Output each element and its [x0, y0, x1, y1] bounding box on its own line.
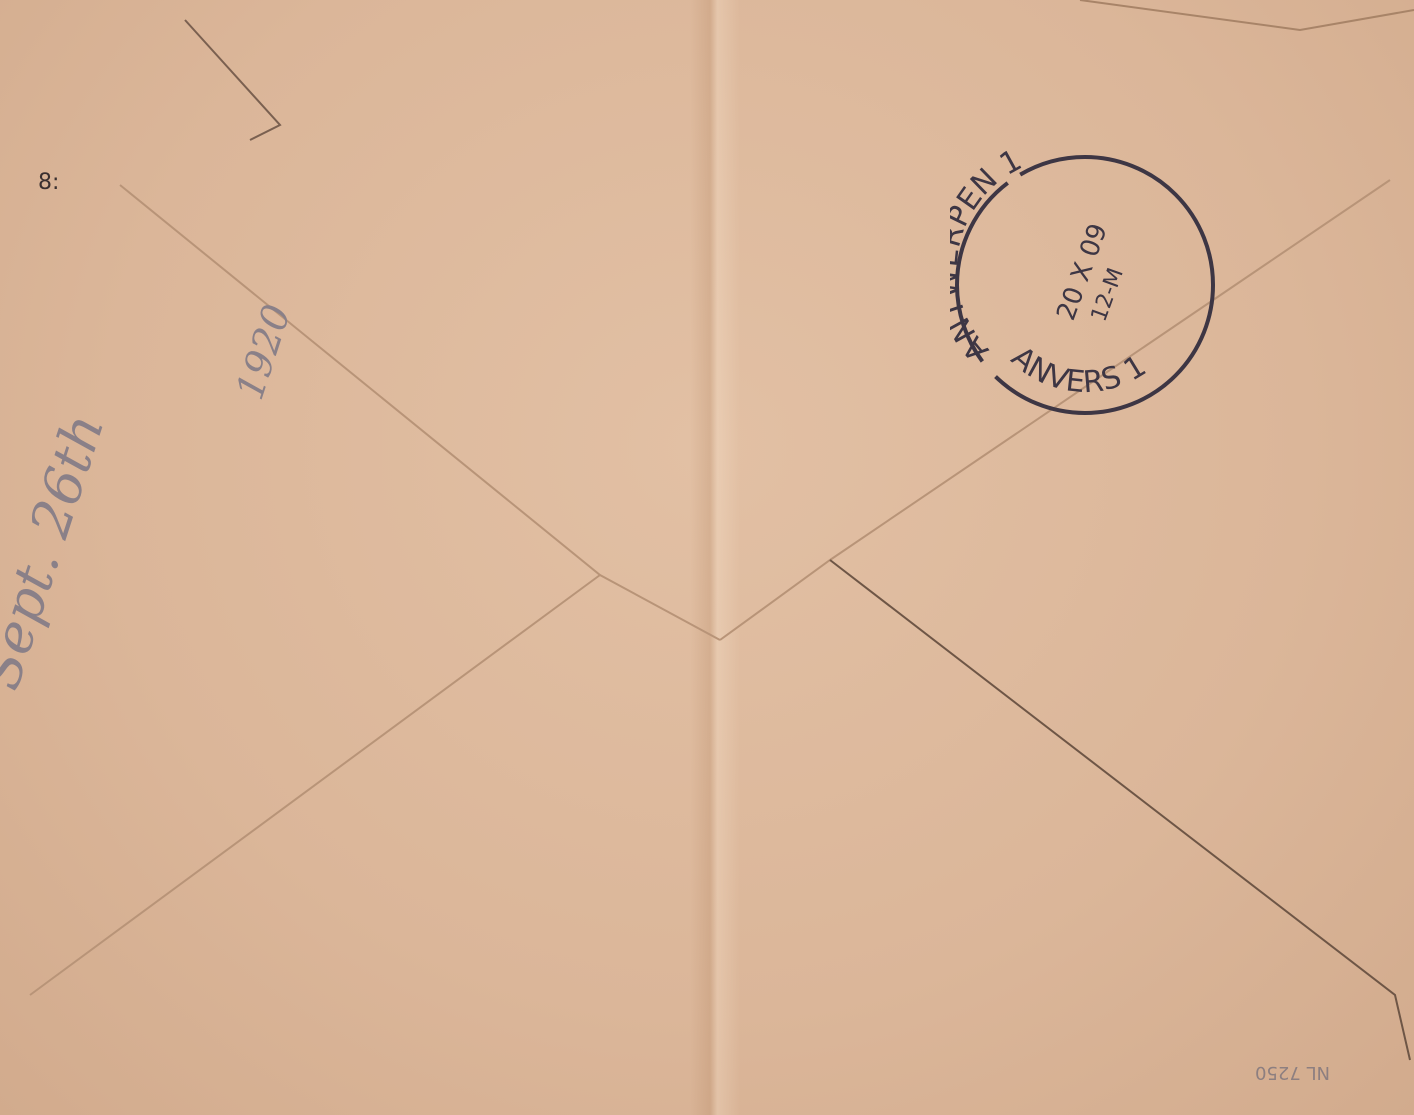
- corner-mark: 8:: [38, 170, 59, 195]
- svg-text:ANVERS 1: ANVERS 1: [1004, 340, 1152, 401]
- postmark: ANTWERPEN 1 ANVERS 1 20 X 09 12-M: [950, 150, 1220, 420]
- reference-note: NL 7250: [1255, 1062, 1330, 1083]
- postmark-circle-icon: ANTWERPEN 1 ANVERS 1 20 X 09 12-M: [950, 150, 1220, 420]
- postmark-top-text: ANTWERPEN 1: [950, 150, 1028, 368]
- postmark-bottom-text: ANVERS 1: [1004, 340, 1152, 401]
- svg-text:ANTWERPEN 1: ANTWERPEN 1: [950, 150, 1028, 368]
- envelope-back: 8: ANTWERPEN 1 ANVERS 1 20 X 09 12-M Sep…: [0, 0, 1414, 1115]
